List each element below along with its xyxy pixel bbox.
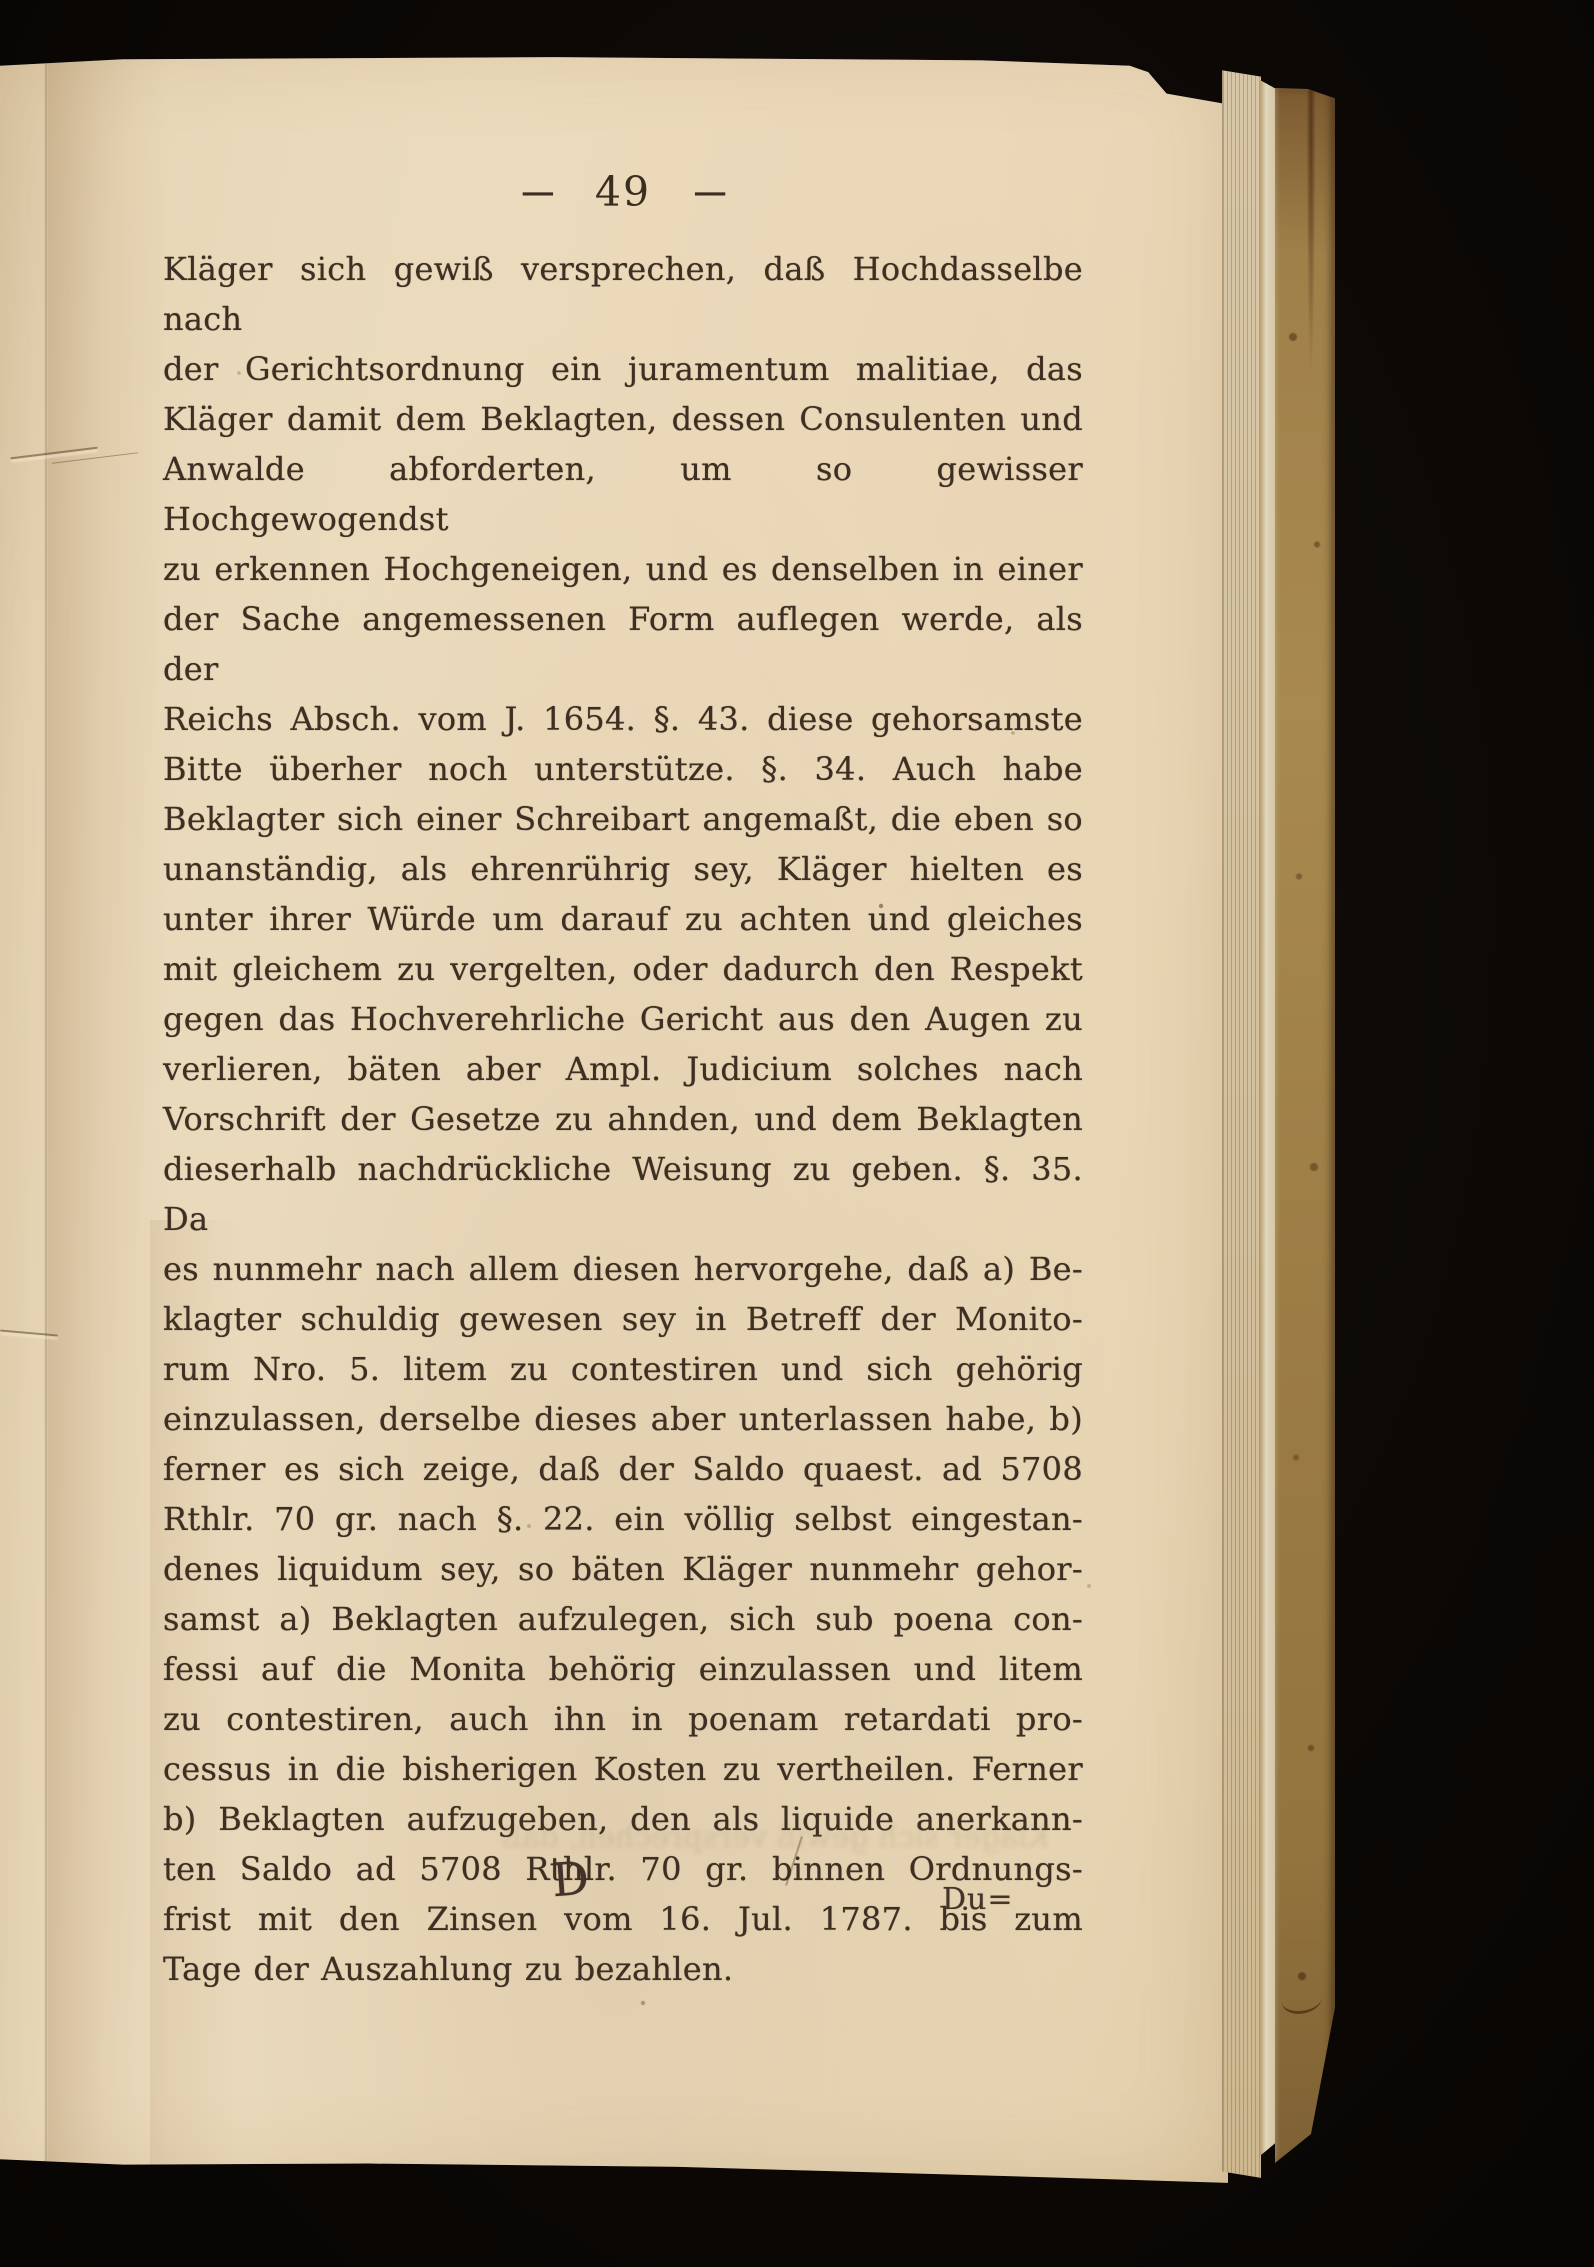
text-line: zu erkennen Hochgeneigen, und es denselb…: [163, 544, 1083, 594]
text-line: unter ihrer Würde um darauf zu achten un…: [163, 894, 1083, 944]
text-line: Rthlr. 70 gr. nach §. 22. ein völlig sel…: [163, 1494, 1083, 1544]
text-line: der Sache angemessenen Form auflegen wer…: [163, 594, 1083, 694]
header-dash-left: —: [521, 176, 553, 208]
page-crease: [44, 40, 48, 2185]
text-line: klagter schuldig gewesen sey in Betreff …: [163, 1294, 1083, 1344]
text-line: unanständig, als ehrenrührig sey, Kläger…: [163, 844, 1083, 894]
text-line: dieserhalb nachdrückliche Weisung zu geb…: [163, 1144, 1083, 1244]
text-line: gegen das Hochverehrliche Gericht aus de…: [163, 994, 1083, 1044]
text-line: verlieren, bäten aber Ampl. Judicium sol…: [163, 1044, 1083, 1094]
text-line: Kläger damit dem Beklagten, dessen Consu…: [163, 394, 1083, 444]
text-line: Bitte überher noch unterstütze. §. 34. A…: [163, 744, 1083, 794]
text-line: Kläger sich gewiß versprechen, daß Hochd…: [163, 244, 1083, 344]
text-line: mit gleichem zu vergelten, oder dadurch …: [163, 944, 1083, 994]
text-line: zu contestiren, auch ihn in poenam retar…: [163, 1694, 1083, 1744]
text-line: cessus in die bisherigen Kosten zu verth…: [163, 1744, 1083, 1794]
text-line: Tage der Auszahlung zu bezahlen.: [163, 1944, 1083, 1994]
text-line: rum Nro. 5. litem zu contestiren und sic…: [163, 1344, 1083, 1394]
text-line: es nunmehr nach allem diesen hervorgehe,…: [163, 1244, 1083, 1294]
text-line: b) Beklagten aufzugeben, den als liquide…: [163, 1794, 1083, 1844]
cover-edge: [1275, 88, 1335, 2163]
text-line: Beklagter sich einer Schreibart angemaßt…: [163, 794, 1083, 844]
text-block: Kläger sich gewiß versprechen, daß Hochd…: [163, 244, 1083, 1994]
text-line: einzulassen, derselbe dieses aber unterl…: [163, 1394, 1083, 1444]
text-line: fessi auf die Monita behörig einzulassen…: [163, 1644, 1083, 1694]
book-photo: — 49 — Kläger sich gewiß versprechen, da…: [0, 0, 1594, 2267]
cover-inner-strip: [1260, 80, 1275, 2160]
page-number: 49: [595, 168, 651, 216]
text-line: samst a) Beklagten aufzulegen, sich sub …: [163, 1594, 1083, 1644]
text-line: ferner es sich zeige, daß der Saldo quae…: [163, 1444, 1083, 1494]
book-fore-edge: [1222, 66, 1261, 2180]
catchword: Du=: [942, 1882, 1014, 1917]
page-header: — 49 —: [163, 168, 1083, 216]
text-line: der Gerichtsordnung ein juramentum malit…: [163, 344, 1083, 394]
signature-mark: D: [550, 1851, 591, 1907]
text-line: Reichs Absch. vom J. 1654. §. 43. diese …: [163, 694, 1083, 744]
book-page: — 49 — Kläger sich gewiß versprechen, da…: [0, 40, 1228, 2185]
text-line: denes liquidum sey, so bäten Kläger nunm…: [163, 1544, 1083, 1594]
header-dash-right: —: [693, 176, 725, 208]
text-line: Anwalde abforderten, um so gewisser Hoch…: [163, 444, 1083, 544]
foxing-specks: [0, 40, 2, 42]
text-line: Vorschrift der Gesetze zu ahnden, und de…: [163, 1094, 1083, 1144]
